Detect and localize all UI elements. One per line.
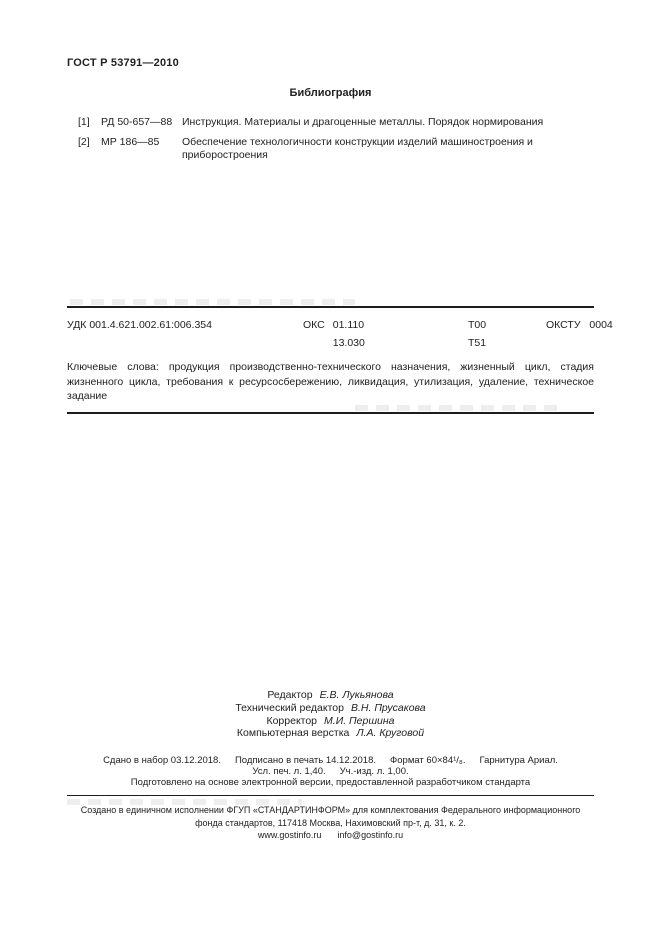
bleed-through-text-mark bbox=[355, 405, 560, 411]
oks-value: 01.110 bbox=[333, 316, 365, 334]
printed-sheets: Усл. печ. л. 1,40. bbox=[252, 766, 325, 777]
bibliography-ref-number: [2] bbox=[78, 136, 101, 162]
credit-line: Технический редакторВ.Н. Прусакова bbox=[0, 702, 661, 715]
credit-role: Корректор bbox=[266, 715, 317, 727]
print-date: Подписано в печать 14.12.2018. bbox=[235, 755, 376, 766]
okstu-value: 0004 bbox=[589, 319, 612, 331]
oks-codes: ОКС 01.110 13.030 bbox=[303, 316, 365, 352]
print-info-line: Усл. печ. л. 1,40.Уч.-изд. л. 1,00. bbox=[0, 767, 661, 778]
credit-role: Технический редактор bbox=[235, 702, 344, 714]
email-text: info@gostinfo.ru bbox=[337, 830, 403, 840]
bibliography-entry: [1] РД 50-657—88 Инструкция. Материалы и… bbox=[78, 116, 594, 129]
print-info-line: Сдано в набор 03.12.2018.Подписано в печ… bbox=[0, 756, 661, 767]
credit-person-name: В.Н. Прусакова bbox=[351, 702, 426, 714]
okstu-code: ОКСТУ 0004 bbox=[546, 316, 613, 334]
bibliography-entry: [2] МР 186—85 Обеспечение технологичност… bbox=[78, 136, 594, 162]
credit-person-name: Л.А. Круговой bbox=[356, 727, 424, 739]
horizontal-rule bbox=[67, 412, 594, 414]
bibliography-doc-title: Обеспечение технологичности конструкции … bbox=[182, 136, 594, 162]
print-info-line: Подготовлено на основе электронной верси… bbox=[0, 778, 661, 789]
horizontal-rule bbox=[67, 795, 594, 796]
credit-line: РедакторЕ.В. Лукьянова bbox=[0, 689, 661, 702]
bleed-through-text-mark bbox=[70, 299, 355, 305]
credits-block: РедакторЕ.В. Лукьянова Технический редак… bbox=[0, 689, 661, 740]
bibliography-doc-title: Инструкция. Материалы и драгоценные мета… bbox=[182, 116, 594, 129]
credit-role: Компьютерная верстка bbox=[237, 727, 349, 739]
credit-line: КорректорМ.И. Першина bbox=[0, 715, 661, 728]
udk-code: УДК 001.4.621.002.61:006.354 bbox=[67, 316, 212, 334]
credit-line: Компьютерная версткаЛ.А. Круговой bbox=[0, 727, 661, 740]
bibliography-list: [1] РД 50-657—88 Инструкция. Материалы и… bbox=[78, 116, 594, 169]
typeset-date: Сдано в набор 03.12.2018. bbox=[103, 755, 221, 766]
bibliography-doc-code: МР 186—85 bbox=[101, 136, 182, 162]
t-codes: Т00 Т51 bbox=[468, 316, 486, 352]
keywords-paragraph: Ключевые слова: продукция производственн… bbox=[67, 360, 594, 404]
typeface-spec: Гарнитура Ариал. bbox=[479, 755, 557, 766]
footer-contacts: www.gostinfo.ruinfo@gostinfo.ru bbox=[0, 829, 661, 842]
oks-label: ОКС bbox=[303, 316, 325, 352]
bibliography-doc-code: РД 50-657—88 bbox=[101, 116, 182, 129]
oks-value: 13.030 bbox=[333, 334, 365, 352]
website-text: www.gostinfo.ru bbox=[258, 830, 322, 840]
document-code: ГОСТ Р 53791—2010 bbox=[67, 57, 179, 69]
footer-line: Создано в единичном исполнении ФГУП «СТА… bbox=[0, 804, 661, 817]
credit-person-name: М.И. Першина bbox=[324, 715, 394, 727]
print-info-block: Сдано в набор 03.12.2018.Подписано в печ… bbox=[0, 756, 661, 788]
document-page: ГОСТ Р 53791—2010 Библиография [1] РД 50… bbox=[0, 0, 661, 935]
credit-role: Редактор bbox=[267, 689, 312, 701]
okstu-label: ОКСТУ bbox=[546, 319, 580, 331]
bibliography-ref-number: [1] bbox=[78, 116, 101, 129]
publisher-sheets: Уч.-изд. л. 1,00. bbox=[340, 766, 409, 777]
section-title: Библиография bbox=[0, 87, 661, 99]
t-code-value: Т00 bbox=[468, 316, 486, 334]
publisher-footer: Создано в единичном исполнении ФГУП «СТА… bbox=[0, 804, 661, 842]
format-spec: Формат 60×84¹/₈. bbox=[390, 755, 465, 766]
horizontal-rule bbox=[67, 306, 594, 308]
credit-person-name: Е.В. Лукьянова bbox=[320, 689, 394, 701]
t-code-value: Т51 bbox=[468, 334, 486, 352]
footer-line: фонда стандартов, 117418 Москва, Нахимов… bbox=[0, 817, 661, 830]
